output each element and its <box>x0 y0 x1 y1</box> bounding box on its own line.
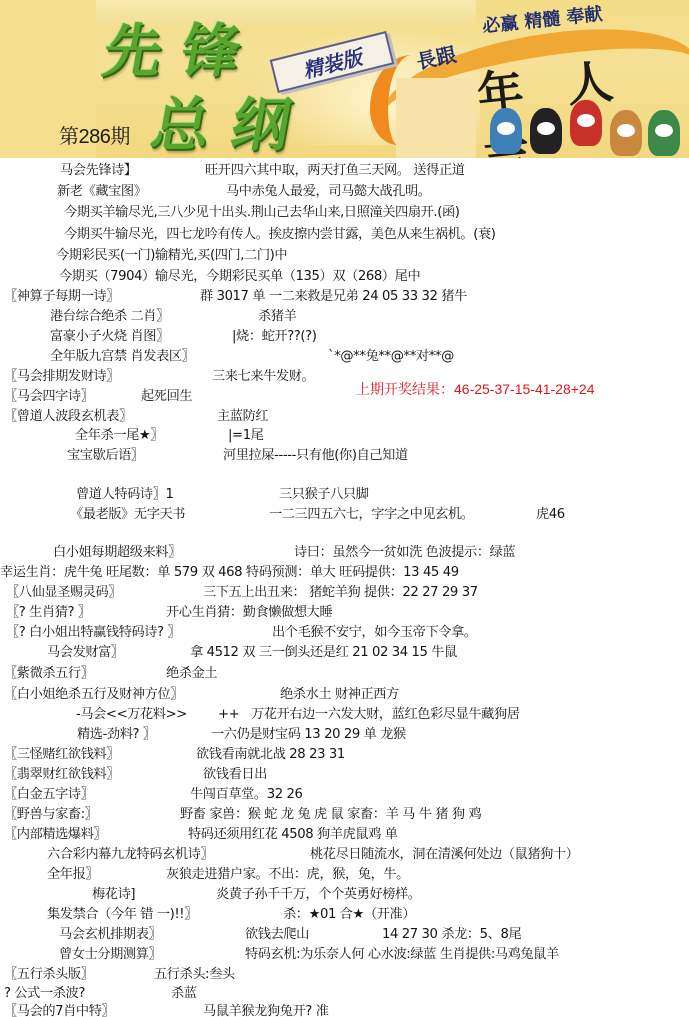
item-value: `*@**兔**@**对**@ <box>328 348 454 366</box>
item-value: 马鼠羊猴龙狗兔开? 准 <box>203 1003 328 1017</box>
item-value: |烧：蛇开??(?) <box>232 328 316 346</box>
list-item: 新老《藏宝图》马中赤兔人最爱，司马懿大战孔明。 <box>0 183 689 201</box>
list-item: 今期买（7904）输尽光，今期彩民买单（135）双（268）尾中 <box>0 268 689 286</box>
list-item: -马会<<万花料>>++万花开右边一六发大财，蓝红色彩尽显牛藏狗居 <box>0 706 689 724</box>
item-value: 三来七来牛发财。 <box>212 368 314 386</box>
item-label: 〖三怪赌红欲钱料〗 <box>4 746 119 764</box>
item-label: 〖马会四字诗〗 <box>4 388 94 406</box>
list-item: 集发禁合（今年 错 一)!!〗杀：★01 合★（开准） <box>0 906 689 924</box>
item-label: 〖五行杀头版〗 <box>4 966 94 984</box>
item-label: 全年版九宫禁 肖发表区〗 <box>50 348 194 366</box>
item-value: 桃花尽日随流水，洞在清溪何处边（鼠猪狗十） <box>310 846 579 864</box>
title-char-2: 锋 <box>177 22 245 80</box>
item-value: 一二三四五六七，字字之中见玄机。 <box>269 506 474 524</box>
item-value: 五行杀头:叁头 <box>154 966 235 984</box>
item-value: 杀猪羊 <box>258 308 296 326</box>
list-item: 《最老版》无字天书一二三四五六七，字字之中见玄机。虎46 <box>0 506 689 524</box>
list-item: 〖马会排期发财诗〗三来七来牛发财。 <box>0 368 689 386</box>
item-label: 全年报〗 <box>47 866 98 884</box>
list-item: 〖野兽与家畜:〗野畜 家兽：猴 蛇 龙 兔 虎 鼠 家畜：羊 马 牛 猪 狗 鸡 <box>0 806 689 824</box>
item-value: 野畜 家兽：猴 蛇 龙 兔 虎 鼠 家畜：羊 马 牛 猪 狗 鸡 <box>180 806 481 824</box>
mascot-yellow-icon <box>610 110 642 156</box>
list-item: 〖三怪赌红欲钱料〗欲钱看南就北战 28 23 31 <box>0 746 689 764</box>
item-label: 马会先锋诗】 <box>60 162 137 180</box>
list-item: 〖翡翠财红欲钱料〗欲钱看日出 <box>0 766 689 784</box>
header-banner: 先 锋 总 纲 精装版 長跟 必赢 精髓 奉献 年 人 吉 第286期 <box>0 0 689 158</box>
item-value: 杀：★01 合★（开准） <box>283 906 415 924</box>
item-label: 富豪小子火烧 肖图〗 <box>50 328 169 346</box>
list-item: 〖内部精选爆料〗特码还须用红花 4508 狗羊虎鼠鸡 单 <box>0 826 689 844</box>
item-value: 虎46 <box>536 506 565 524</box>
list-item: 曾女士分期测算〗特码玄机:为乐奈人何 心水波:绿蓝 生肖提供:马鸡兔鼠羊 <box>0 946 689 964</box>
list-item: 〖五行杀头版〗五行杀头:叁头 <box>0 966 689 984</box>
item-label: 曾女士分期测算〗 <box>59 946 161 964</box>
list-item: 幸运生肖：虎牛兔 旺尾数：单 579 双 468 特码预测：单大 旺码提供：13… <box>0 564 689 582</box>
list-item: 今期买羊输尽光,三八少见十出头.荆山己去华山来,日照潼关四扇开.(函) <box>0 204 689 222</box>
item-label: 全年杀一尾★〗 <box>75 427 163 445</box>
item-label: 〖神算子每期一诗〗 <box>4 288 119 306</box>
list-item: 马会先锋诗】旺开四六其中取，两天打鱼三天网。 送得正道 <box>0 162 689 180</box>
list-item: 马会发财富〗拿 4512 双 三一倒头还是红 21 02 34 15 牛鼠 <box>0 644 689 662</box>
item-label: 〖翡翠财红欲钱料〗 <box>4 766 119 784</box>
list-item: 〖白金五字诗〗牛闯百草堂。32 26 <box>0 786 689 804</box>
list-item: 〖神算子每期一诗〗群 3017 单 一二来救是兄弟 24 05 33 32 猪牛 <box>0 288 689 306</box>
list-item: 宝宝歇后语〗河里拉屎-----只有他(你)自己知道 <box>0 447 689 465</box>
list-item: 〖? 生肖猜? 〗开心生肖猜：勤食懒做想大睡 <box>0 604 689 622</box>
item-label: 今期彩民买(一门)输精光,买(四门,二门)中 <box>56 247 287 265</box>
item-value: 一六仍是财宝码 13 20 29 单 龙猴 <box>211 726 406 744</box>
list-item: 马会玄机排期表〗欲钱去爬山14 27 30 杀龙：5、8尾 <box>0 926 689 944</box>
item-value: 主蓝防红 <box>217 408 268 426</box>
mascot-blue-icon <box>490 108 522 154</box>
list-item: 〖? 白小姐出特赢钱特码诗? 〗出个毛猴不安宁，如今玉帝下令拿。 <box>0 624 689 642</box>
item-value: 14 27 30 杀龙：5、8尾 <box>382 926 521 944</box>
mascot-red-icon <box>570 100 602 146</box>
item-label: 〖曾道人波段玄机表〗 <box>4 408 132 426</box>
item-label: 港台综合绝杀 二肖〗 <box>50 308 169 326</box>
item-label: 今期买羊输尽光,三八少见十出头.荆山己去华山来,日照潼关四扇开.(函) <box>64 204 460 222</box>
item-label: -马会<<万花料>> <box>76 706 187 724</box>
item-value: 牛闯百草堂。32 26 <box>190 786 302 804</box>
list-item: 白小姐每期超级来料〗诗曰：虽然今一贫如洗 色波提示：绿蓝 <box>0 544 689 562</box>
list-item: 精选-劲料? 〗一六仍是财宝码 13 20 29 单 龙猴 <box>0 726 689 744</box>
list-item: ? 公式一杀波?杀蓝 <box>0 985 689 1003</box>
item-label: 马会发财富〗 <box>47 644 124 662</box>
item-label: 精选-劲料? 〗 <box>77 726 156 744</box>
item-value: 旺开四六其中取，两天打鱼三天网。 送得正道 <box>205 162 465 180</box>
item-value: 万花开右边一六发大财，蓝红色彩尽显牛藏狗居 <box>251 706 520 724</box>
title-char-3: 总 <box>147 96 215 154</box>
item-value: 河里拉屎-----只有他(你)自己知道 <box>223 447 408 465</box>
list-item: 全年版九宫禁 肖发表区〗`*@**兔**@**对**@ <box>0 348 689 366</box>
item-value: 三下五上出丑来： 猪蛇羊狗 提供：22 27 29 37 <box>203 584 478 602</box>
list-item: 〖曾道人波段玄机表〗主蓝防红 <box>0 408 689 426</box>
item-value: 特码还须用红花 4508 狗羊虎鼠鸡 单 <box>188 826 398 844</box>
item-value: 杀蓝 <box>171 985 197 1003</box>
item-value: ++ <box>218 706 239 724</box>
item-label: 马会玄机排期表〗 <box>59 926 161 944</box>
item-label: 新老《藏宝图》 <box>57 183 147 201</box>
list-item: 〖马会四字诗〗起死回生 <box>0 388 689 406</box>
item-label: 《最老版》无字天书 <box>70 506 185 524</box>
list-item: 富豪小子火烧 肖图〗|烧：蛇开??(?) <box>0 328 689 346</box>
item-label: 〖白金五字诗〗 <box>4 786 94 804</box>
item-value: |=1尾 <box>228 427 263 445</box>
item-value: 绝杀金土 <box>166 665 217 683</box>
item-value: 特码玄机:为乐奈人何 心水波:绿蓝 生肖提供:马鸡兔鼠羊 <box>245 946 559 964</box>
item-label: 今期买（7904）输尽光，今期彩民买单（135）双（268）尾中 <box>59 268 420 286</box>
item-value: 欲钱看南就北战 28 23 31 <box>196 746 345 764</box>
banner-blank-patch <box>396 78 476 158</box>
list-item: 〖紫微杀五行〗绝杀金土 <box>0 665 689 683</box>
item-label: 〖? 生肖猜? 〗 <box>6 604 91 622</box>
item-label: 幸运生肖：虎牛兔 旺尾数：单 579 双 468 特码预测：单大 旺码提供：13… <box>0 564 459 582</box>
list-item: 今期彩民买(一门)输精光,买(四门,二门)中 <box>0 247 689 265</box>
item-label: 宝宝歇后语〗 <box>67 447 144 465</box>
item-value: 群 3017 单 一二来救是兄弟 24 05 33 32 猪牛 <box>200 288 467 306</box>
item-label: 〖? 白小姐出特赢钱特码诗? 〗 <box>6 624 180 642</box>
item-label: 〖内部精选爆料〗 <box>4 826 106 844</box>
item-value: 出个毛猴不安宁，如今玉帝下令拿。 <box>272 624 477 642</box>
item-value: 炎黄子孙千千万，个个英勇好榜样。 <box>216 886 421 904</box>
item-value: 欲钱去爬山 <box>245 926 309 944</box>
list-item: 今期买牛输尽光，四七龙吟有传人。挨皮擦内尝甘露，美色从来生祸机。(衰) <box>0 226 689 244</box>
title-char-4: 纲 <box>227 96 295 154</box>
item-value: 马中赤兔人最爱，司马懿大战孔明。 <box>226 183 431 201</box>
list-item: 梅花诗]炎黄子孙千千万，个个英勇好榜样。 <box>0 886 689 904</box>
list-item: 港台综合绝杀 二肖〗杀猪羊 <box>0 308 689 326</box>
item-value: 绝杀水土 财神正西方 <box>280 686 399 704</box>
item-label: 〖八仙显圣赐灵码〗 <box>6 584 121 602</box>
item-label: 〖马会的7肖中特〗 <box>4 1003 114 1017</box>
item-label: 集发禁合（今年 错 一)!!〗 <box>47 906 197 924</box>
item-value: 灰狼走进猎户家。不出：虎，猴，兔，牛。 <box>166 866 409 884</box>
issue-number: 第286期 <box>59 120 130 149</box>
list-item: 全年报〗灰狼走进猎户家。不出：虎，猴，兔，牛。 <box>0 866 689 884</box>
item-label: ? 公式一杀波? <box>4 985 85 1003</box>
item-value: 欲钱看日出 <box>203 766 267 784</box>
item-label: 〖马会排期发财诗〗 <box>4 368 119 386</box>
list-item: 曾道人特码诗〗1三只猴子八只脚 <box>0 486 689 504</box>
item-label: 〖白小姐绝杀五行及财神方位〗 <box>4 686 183 704</box>
list-item: 〖白小姐绝杀五行及财神方位〗绝杀水土 财神正西方 <box>0 686 689 704</box>
item-value: 开心生肖猜：勤食懒做想大睡 <box>166 604 332 622</box>
item-value: 诗曰：虽然今一贫如洗 色波提示：绿蓝 <box>294 544 515 562</box>
item-label: 白小姐每期超级来料〗 <box>53 544 181 562</box>
item-label: 六合彩内幕九龙特码玄机诗〗 <box>47 846 213 864</box>
item-value: 起死回生 <box>141 388 192 406</box>
mascot-green-icon <box>648 110 680 156</box>
item-label: 梅花诗] <box>92 886 135 904</box>
list-item: 全年杀一尾★〗|=1尾 <box>0 427 689 445</box>
list-item: 〖八仙显圣赐灵码〗三下五上出丑来： 猪蛇羊狗 提供：22 27 29 37 <box>0 584 689 602</box>
item-value: 三只猴子八只脚 <box>279 486 369 504</box>
item-label: 〖野兽与家畜:〗 <box>4 806 98 824</box>
item-label: 曾道人特码诗〗1 <box>76 486 174 504</box>
title-char-1: 先 <box>99 22 167 80</box>
item-label: 今期买牛输尽光，四七龙吟有传人。挨皮擦内尝甘露，美色从来生祸机。(衰) <box>64 226 495 244</box>
list-item: 六合彩内幕九龙特码玄机诗〗桃花尽日随流水，洞在清溪何处边（鼠猪狗十） <box>0 846 689 864</box>
item-value: 拿 4512 双 三一倒头还是红 21 02 34 15 牛鼠 <box>190 644 457 662</box>
list-item: 〖马会的7肖中特〗马鼠羊猴龙狗兔开? 准 <box>0 1003 689 1017</box>
item-label: 〖紫微杀五行〗 <box>4 665 94 683</box>
mascot-black-icon <box>530 108 562 154</box>
